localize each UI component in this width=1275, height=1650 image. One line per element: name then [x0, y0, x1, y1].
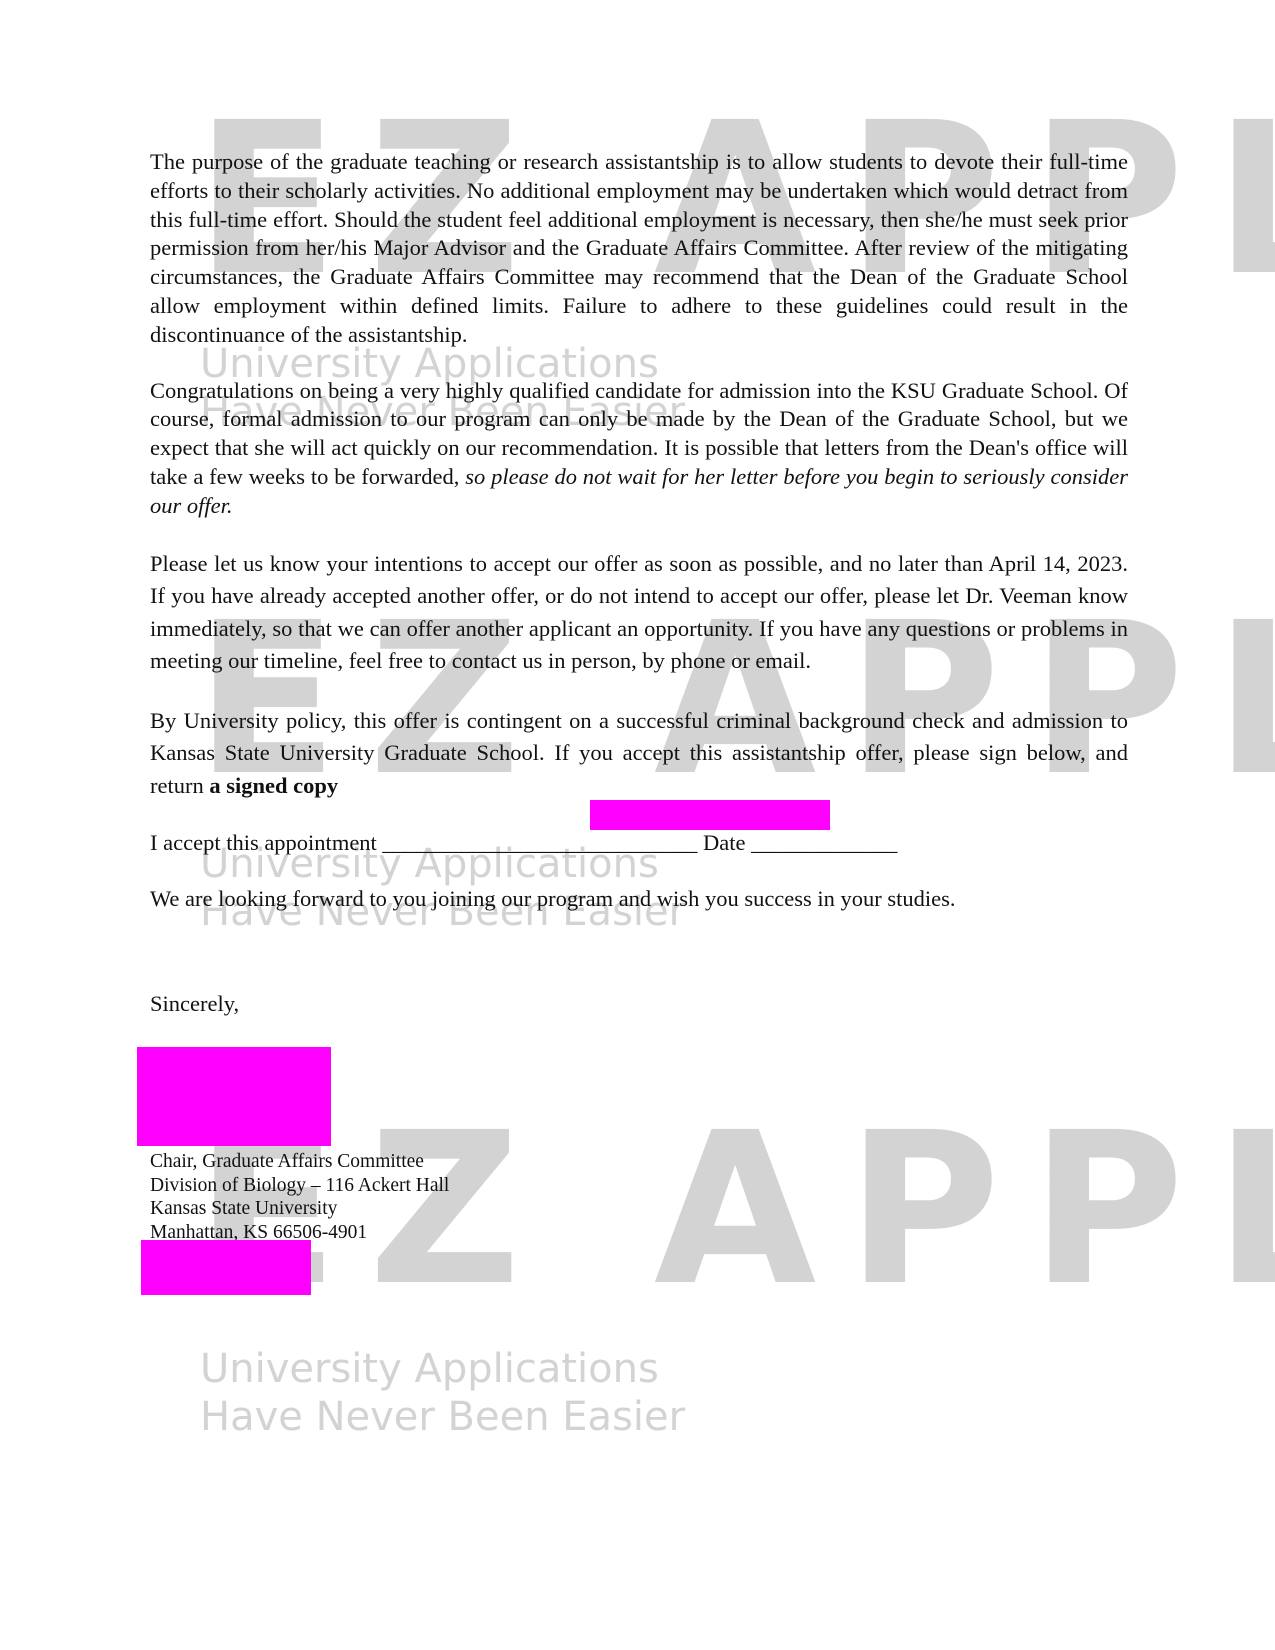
paragraph-policy: By University policy, this offer is cont…: [150, 705, 1128, 803]
letter-body: The purpose of the graduate teaching or …: [150, 148, 1128, 1018]
signature-block: Chair, Graduate Affairs Committee Divisi…: [150, 1150, 449, 1244]
paragraph-assistantship-policy: The purpose of the graduate teaching or …: [150, 148, 1128, 350]
accept-signature-line: I accept this appointment ______________…: [150, 829, 1128, 858]
signer-university: Kansas State University: [150, 1197, 449, 1221]
closing: Sincerely,: [150, 990, 1128, 1019]
redaction-box: [590, 800, 830, 830]
watermark-tagline: University ApplicationsHave Never Been E…: [200, 1345, 685, 1441]
paragraph-congratulations: Congratulations on being a very highly q…: [150, 377, 1128, 521]
redaction-box: [141, 1240, 311, 1295]
signer-dept: Division of Biology – 116 Ackert Hall: [150, 1174, 449, 1198]
redaction-box: [137, 1047, 331, 1146]
paragraph-deadline: Please let us know your intentions to ac…: [150, 548, 1128, 678]
paragraph-closing-wish: We are looking forward to you joining ou…: [150, 885, 1128, 914]
signer-title: Chair, Graduate Affairs Committee: [150, 1150, 449, 1174]
